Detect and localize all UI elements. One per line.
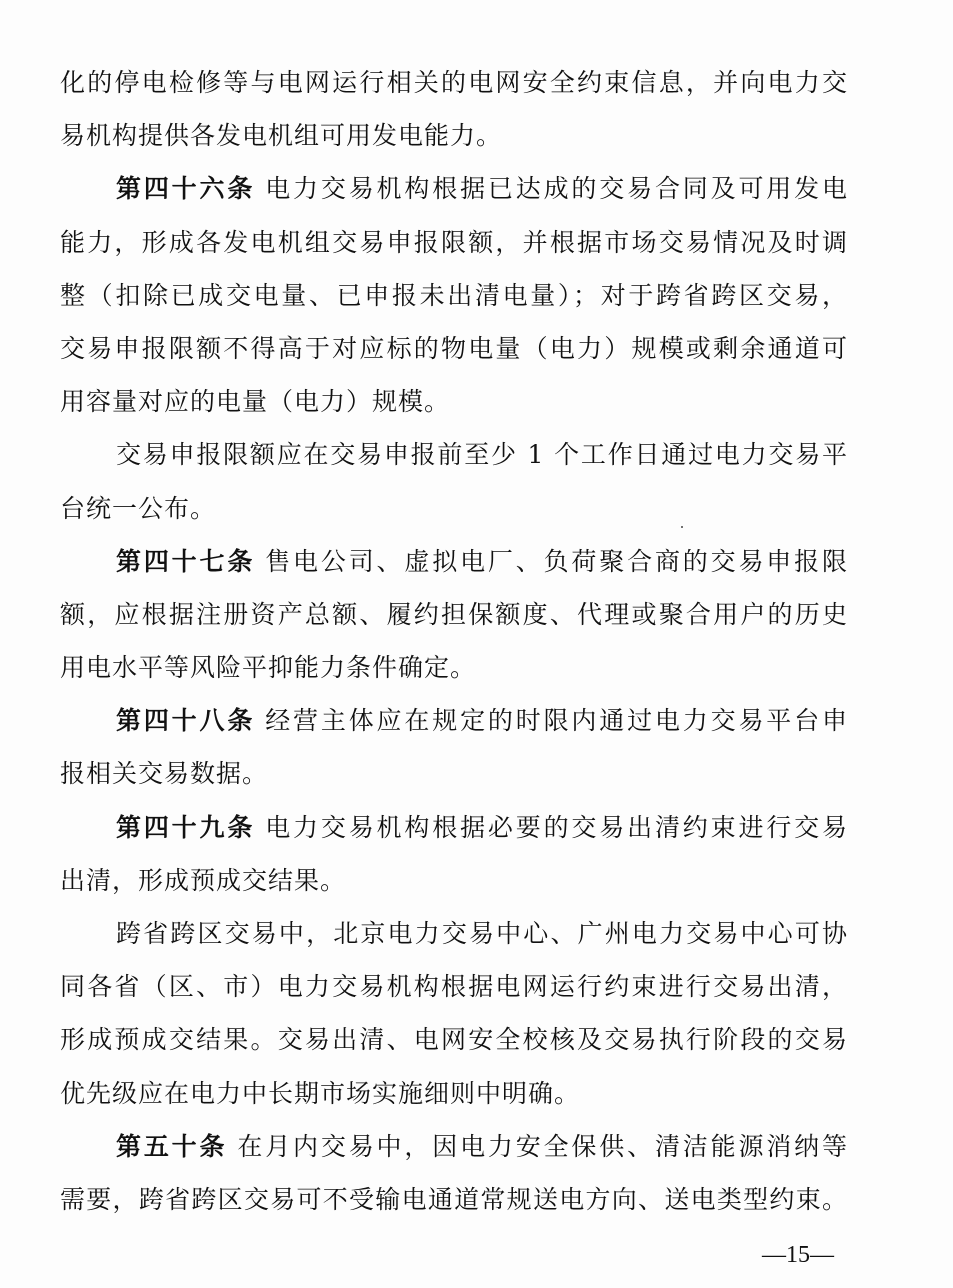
text-line: 额，应根据注册资产总额、履约担保额度、代理或聚合用户的历史 — [60, 588, 848, 641]
text-segment: 在月内交易中，因电力安全保供、清洁能源消纳等 — [237, 1132, 848, 1161]
paragraph-publication: 交易申报限额应在交易申报前至少 1 个工作日通过电力交易平 台统一公布。 — [60, 428, 848, 534]
text-line: 第四十六条电力交易机构根据已达成的交易合同及可用发电 — [116, 162, 848, 215]
article-number: 第四十九条 — [116, 813, 255, 842]
text-line: 跨省跨区交易中，北京电力交易中心、广州电力交易中心可协 — [116, 907, 848, 960]
article-50: 第五十条在月内交易中，因电力安全保供、清洁能源消纳等 需要，跨省跨区交易可不受输… — [60, 1120, 848, 1226]
text-line: 形成预成交结果。交易出清、电网安全校核及交易执行阶段的交易 — [60, 1013, 848, 1066]
text-line: 交易申报限额不得高于对应标的物电量（电力）规模或剩余通道可 — [60, 322, 848, 375]
paragraph-continuation: 化的停电检修等与电网运行相关的电网安全约束信息，并向电力交 易机构提供各发电机组… — [60, 56, 848, 162]
article-46: 第四十六条电力交易机构根据已达成的交易合同及可用发电 能力，形成各发电机组交易申… — [60, 162, 848, 428]
text-line: 第四十七条售电公司、虚拟电厂、负荷聚合商的交易申报限 — [116, 535, 848, 588]
article-number: 第四十七条 — [116, 547, 255, 576]
text-line: 优先级应在电力中长期市场实施细则中明确。 — [60, 1067, 848, 1120]
text-line: 易机构提供各发电机组可用发电能力。 — [60, 109, 848, 162]
text-line: 交易申报限额应在交易申报前至少 1 个工作日通过电力交易平 — [116, 428, 848, 481]
text-line: 台统一公布。 — [60, 482, 848, 535]
article-48: 第四十八条经营主体应在规定的时限内通过电力交易平台申 报相关交易数据。 — [60, 694, 848, 800]
text-segment: 售电公司、虚拟电厂、负荷聚合商的交易申报限 — [265, 547, 848, 576]
text-line: 化的停电检修等与电网运行相关的电网安全约束信息，并向电力交 — [60, 56, 848, 109]
article-number: 第四十六条 — [116, 174, 255, 203]
text-line: 报相关交易数据。 — [60, 747, 848, 800]
text-segment: 电力交易机构根据已达成的交易合同及可用发电 — [265, 174, 848, 203]
text-line: 出清，形成预成交结果。 — [60, 854, 848, 907]
text-line: 能力，形成各发电机组交易申报限额，并根据市场交易情况及时调 — [60, 216, 848, 269]
document-page: 化的停电检修等与电网运行相关的电网安全约束信息，并向电力交 易机构提供各发电机组… — [0, 0, 953, 1288]
text-segment: 经营主体应在规定的时限内通过电力交易平台申 — [265, 706, 848, 735]
text-segment: 电力交易机构根据必要的交易出清约束进行交易 — [265, 813, 848, 842]
text-line: 需要，跨省跨区交易可不受输电通道常规送电方向、送电类型约束。 — [60, 1173, 848, 1226]
text-line: 第四十九条电力交易机构根据必要的交易出清约束进行交易 — [116, 801, 848, 854]
article-47: 第四十七条售电公司、虚拟电厂、负荷聚合商的交易申报限 额，应根据注册资产总额、履… — [60, 535, 848, 695]
paragraph-cross-province: 跨省跨区交易中，北京电力交易中心、广州电力交易中心可协 同各省（区、市）电力交易… — [60, 907, 848, 1120]
text-line: 第五十条在月内交易中，因电力安全保供、清洁能源消纳等 — [116, 1120, 848, 1173]
text-line: 用容量对应的电量（电力）规模。 — [60, 375, 848, 428]
page-number: —15— — [762, 1242, 834, 1269]
document-body: 化的停电检修等与电网运行相关的电网安全约束信息，并向电力交 易机构提供各发电机组… — [60, 56, 848, 1226]
article-number: 第四十八条 — [116, 706, 255, 735]
text-line: 第四十八条经营主体应在规定的时限内通过电力交易平台申 — [116, 694, 848, 747]
scan-artifact-dot — [681, 526, 683, 528]
article-49: 第四十九条电力交易机构根据必要的交易出清约束进行交易 出清，形成预成交结果。 — [60, 801, 848, 907]
article-number: 第五十条 — [116, 1132, 227, 1161]
text-line: 整（扣除已成交电量、已申报未出清电量）；对于跨省跨区交易， — [60, 269, 848, 322]
text-line: 用电水平等风险平抑能力条件确定。 — [60, 641, 848, 694]
text-line: 同各省（区、市）电力交易机构根据电网运行约束进行交易出清， — [60, 960, 848, 1013]
